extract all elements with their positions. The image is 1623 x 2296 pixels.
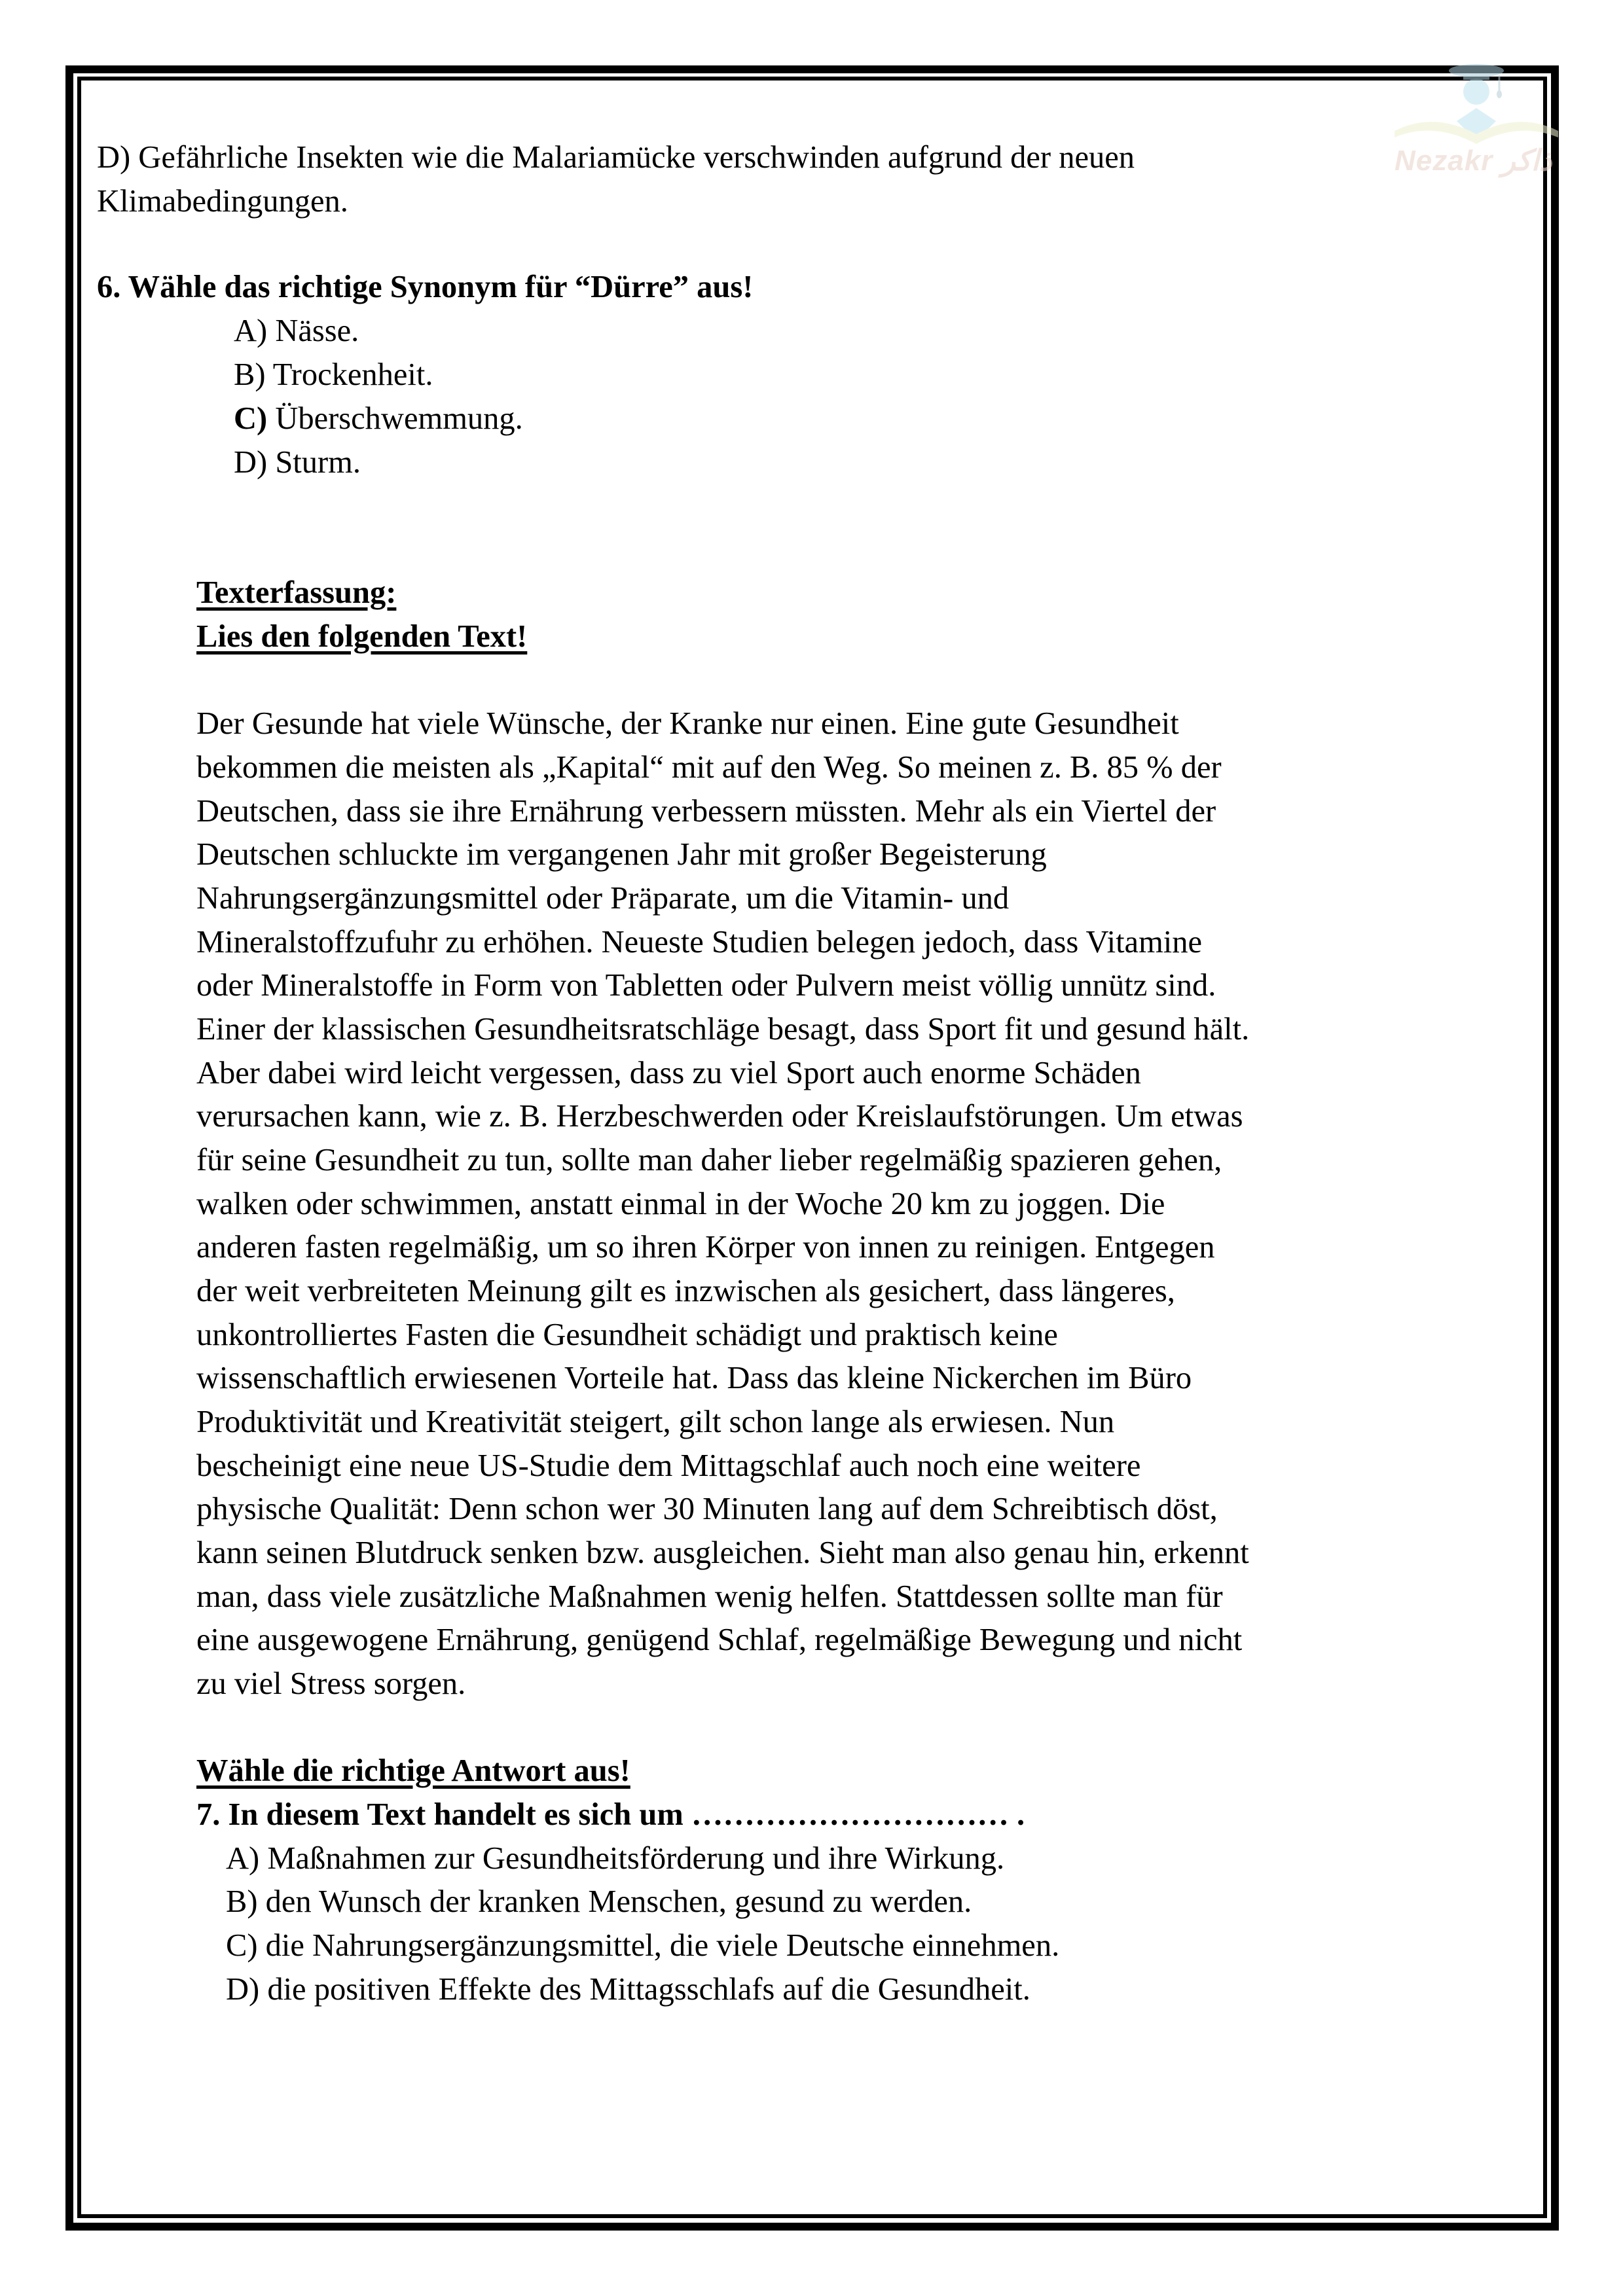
option-letter: A) xyxy=(234,314,267,348)
option-text: die Nahrungsergänzungsmittel, die viele … xyxy=(266,1928,1060,1963)
option-letter: C) xyxy=(226,1928,258,1963)
passage-line: bescheinigt eine neue US-Studie dem Mitt… xyxy=(196,1450,1140,1482)
passage-line: Deutschen, dass sie ihre Ernährung verbe… xyxy=(196,796,1216,828)
passage-line: für seine Gesundheit zu tun, sollte man … xyxy=(196,1145,1222,1177)
passage-line: man, dass viele zusätzliche Maßnahmen we… xyxy=(196,1581,1223,1613)
passage-line: Einer der klassischen Gesundheitsratschl… xyxy=(196,1014,1249,1046)
question-7-option-a[interactable]: A) Maßnahmen zur Gesundheitsförderung un… xyxy=(226,1843,1004,1875)
passage-line: zu viel Stress sorgen. xyxy=(196,1668,465,1700)
passage-line: physische Qualität: Denn schon wer 30 Mi… xyxy=(196,1494,1218,1526)
option-text: Maßnahmen zur Gesundheitsförderung und i… xyxy=(267,1841,1004,1876)
option-letter: B) xyxy=(226,1884,258,1919)
passage-line: Mineralstoffzufuhr zu erhöhen. Neueste S… xyxy=(196,927,1202,959)
passage-line: der weit verbreiteten Meinung gilt es in… xyxy=(196,1276,1175,1308)
passage-line: kann seinen Blutdruck senken bzw. ausgle… xyxy=(196,1537,1249,1570)
passage-line: Nahrungsergänzungsmittel oder Präparate,… xyxy=(196,883,1009,915)
passage-line: bekommen die meisten als „Kapital“ mit a… xyxy=(196,752,1222,784)
passage-line: anderen fasten regelmäßig, um so ihren K… xyxy=(196,1232,1215,1264)
passage-line: verursachen kann, wie z. B. Herzbeschwer… xyxy=(196,1101,1243,1133)
section-instruction: Lies den folgenden Text! xyxy=(196,621,527,653)
option-letter: B) xyxy=(234,357,266,392)
prev-option-d-line1: D) Gefährliche Insekten wie die Malariam… xyxy=(97,142,1135,174)
option-text: Überschwemmung. xyxy=(275,401,522,436)
option-text: Sturm. xyxy=(275,445,361,480)
option-letter: D) xyxy=(234,445,267,480)
passage-line: Aber dabei wird leicht vergessen, dass z… xyxy=(196,1058,1141,1090)
question-6-option-c[interactable]: C) Überschwemmung. xyxy=(234,403,523,435)
prev-option-d-line2: Klimabedingungen. xyxy=(97,186,348,218)
passage-line: unkontrolliertes Fasten die Gesundheit s… xyxy=(196,1319,1058,1352)
passage-line: wissenschaftlich erwiesenen Vorteile hat… xyxy=(196,1363,1192,1395)
option-letter: D) xyxy=(226,1972,259,2007)
question-6-prompt: 6. Wähle das richtige Synonym für “Dürre… xyxy=(97,272,753,304)
question-6-option-d[interactable]: D) Sturm. xyxy=(234,447,361,479)
option-text: die positiven Effekte des Mittagsschlafs… xyxy=(267,1972,1030,2007)
option-text: den Wunsch der kranken Menschen, gesund … xyxy=(266,1884,972,1919)
question-7-option-c[interactable]: C) die Nahrungsergänzungsmittel, die vie… xyxy=(226,1930,1059,1962)
passage-line: walken oder schwimmen, anstatt einmal in… xyxy=(196,1189,1165,1221)
passage-line: oder Mineralstoffe in Form von Tabletten… xyxy=(196,970,1216,1002)
document-page: D) Gefährliche Insekten wie die Malariam… xyxy=(0,0,1623,2296)
question-7-option-d[interactable]: D) die positiven Effekte des Mittagsschl… xyxy=(226,1974,1030,2006)
question-7-prompt: 7. In diesem Text handelt es sich um ………… xyxy=(196,1799,1025,1831)
option-letter: A) xyxy=(226,1841,259,1876)
passage-line: eine ausgewogene Ernährung, genügend Sch… xyxy=(196,1624,1242,1657)
passage-line: Der Gesunde hat viele Wünsche, der Krank… xyxy=(196,708,1179,740)
task-instruction: Wähle die richtige Antwort aus! xyxy=(196,1755,630,1787)
option-text: Nässe. xyxy=(275,314,359,348)
question-7-option-b[interactable]: B) den Wunsch der kranken Menschen, gesu… xyxy=(226,1886,972,1918)
passage-line: Produktivität und Kreativität steigert, … xyxy=(196,1407,1114,1439)
passage-line: Deutschen schluckte im vergangenen Jahr … xyxy=(196,839,1047,871)
section-heading: Texterfassung: xyxy=(196,577,396,609)
option-letter: C) xyxy=(234,401,267,436)
option-text: Trockenheit. xyxy=(273,357,433,392)
question-6-option-a[interactable]: A) Nässe. xyxy=(234,315,359,348)
question-6-option-b[interactable]: B) Trockenheit. xyxy=(234,359,433,391)
